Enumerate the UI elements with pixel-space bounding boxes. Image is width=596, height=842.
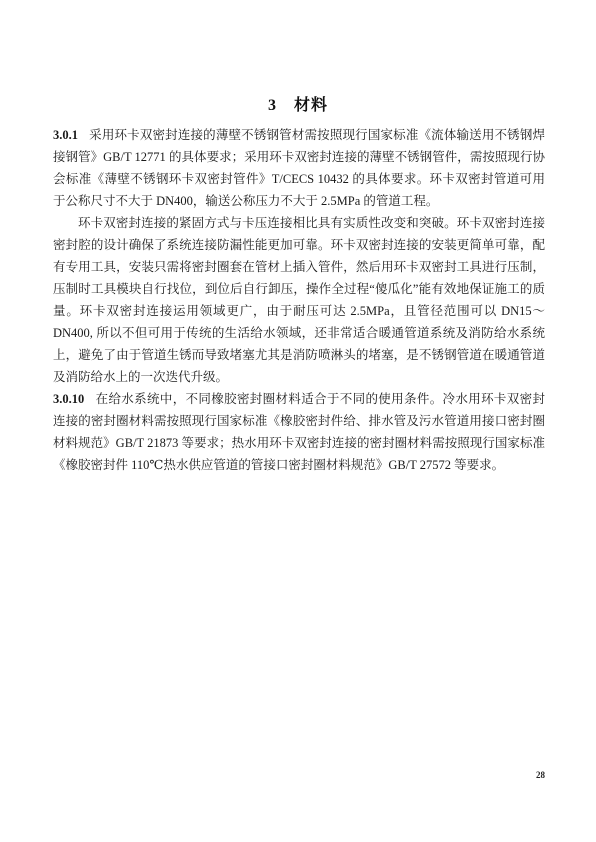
paragraph-commentary: 环卡双密封连接的紧固方式与卡压连接相比具有实质性改变和突破。环卡双密封连接密封腔… [53, 212, 545, 388]
document-body: 3.0.1采用环卡双密封连接的薄壁不锈钢管材需按照现行国家标准《流体输送用不锈钢… [53, 124, 545, 476]
clause-number-3-0-1: 3.0.1 [53, 128, 89, 142]
clause-text-3-0-1: 采用环卡双密封连接的薄壁不锈钢管材需按照现行国家标准《流体输送用不锈钢焊接钢管》… [53, 128, 545, 208]
paragraph-3-0-10: 3.0.10在给水系统中，不同橡胶密封圈材料适合于不同的使用条件。冷水用环卡双密… [53, 388, 545, 476]
clause-text-commentary: 环卡双密封连接的紧固方式与卡压连接相比具有实质性改变和突破。环卡双密封连接密封腔… [53, 216, 545, 384]
section-heading: 3 材料 [0, 92, 596, 115]
clause-number-3-0-10: 3.0.10 [53, 392, 95, 406]
clause-text-3-0-10: 在给水系统中，不同橡胶密封圈材料适合于不同的使用条件。冷水用环卡双密封连接的密封… [53, 392, 545, 472]
document-page: 3 材料 3.0.1采用环卡双密封连接的薄壁不锈钢管材需按照现行国家标准《流体输… [0, 0, 596, 842]
page-number: 28 [0, 770, 545, 780]
paragraph-3-0-1: 3.0.1采用环卡双密封连接的薄壁不锈钢管材需按照现行国家标准《流体输送用不锈钢… [53, 124, 545, 212]
